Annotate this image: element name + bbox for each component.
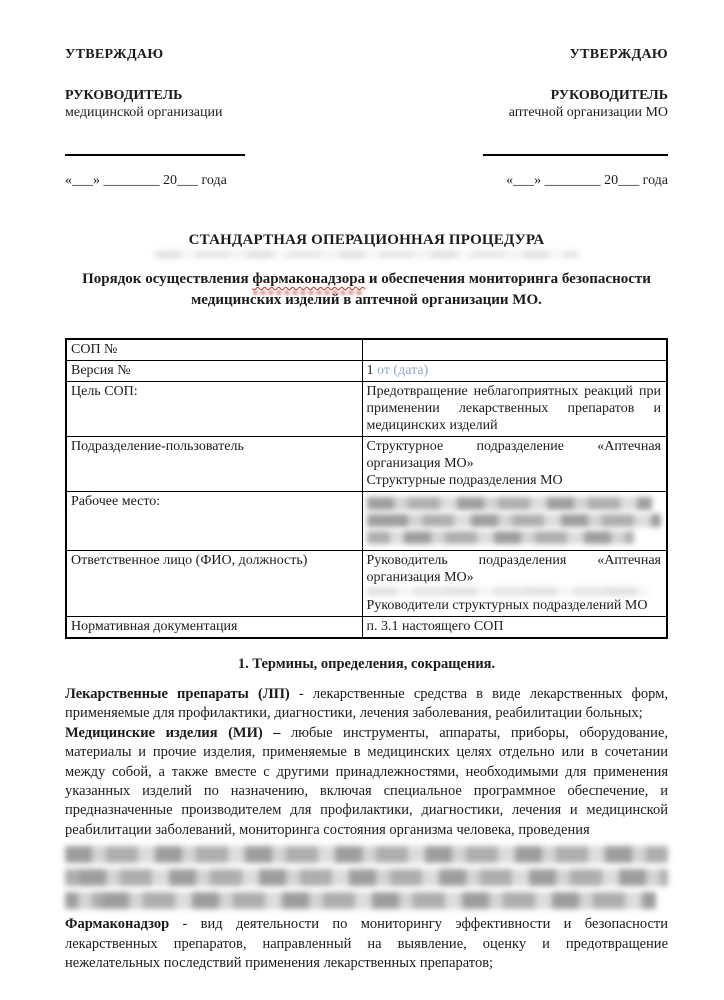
term-paragraph-mi: Медицинские изделия (МИ) – любые инструм… (65, 724, 668, 840)
table-row-goal: Цель СОП: Предотвращение неблагоприятных… (66, 382, 667, 437)
table-row-workplace: Рабочее место: (66, 492, 667, 551)
approval-block-right: УТВЕРЖДАЮ РУКОВОДИТЕЛЬ аптечной организа… (458, 46, 668, 189)
responsible-line2: Руководители структурных подразделений М… (367, 597, 662, 614)
department-label: Подразделение-пользователь (66, 437, 362, 492)
role-right: РУКОВОДИТЕЛЬ (458, 87, 668, 104)
approval-header: УТВЕРЖДАЮ РУКОВОДИТЕЛЬ медицинской орган… (65, 46, 668, 189)
table-row-department: Подразделение-пользователь Структурное п… (66, 437, 667, 492)
table-row-normative: Нормативная документация п. 3.1 настояще… (66, 617, 667, 639)
term-pharmaco: Фармаконадзор (65, 916, 169, 932)
signature-line-left (65, 154, 245, 156)
responsible-value: Руководитель подразделения «Аптечная орг… (362, 551, 667, 617)
document-subtitle: Порядок осуществления фармаконадзора и о… (78, 269, 656, 311)
approval-block-left: УТВЕРЖДАЮ РУКОВОДИТЕЛЬ медицинской орган… (65, 46, 275, 189)
redacted-line (65, 869, 668, 886)
goal-label: Цель СОП: (66, 382, 362, 437)
workplace-label: Рабочее место: (66, 492, 362, 551)
document-page: УТВЕРЖДАЮ РУКОВОДИТЕЛЬ медицинской орган… (0, 0, 724, 1000)
sop-number-value (362, 339, 667, 361)
subtitle-misspelled-word: фармаконадзора (252, 271, 365, 287)
section-heading-terms: 1. Термины, определения, сокращения. (65, 656, 668, 673)
redacted-line (367, 531, 635, 544)
department-line1: Структурное подразделение «Аптечная орга… (367, 438, 662, 472)
redacted-line (65, 892, 656, 909)
department-line2: Структурные подразделения МО (367, 472, 662, 489)
version-value: 1 от (дата) (362, 361, 667, 382)
version-date-placeholder: от (дата) (374, 363, 429, 378)
org-left: медицинской организации (65, 104, 275, 121)
normative-value: п. 3.1 настоящего СОП (362, 617, 667, 639)
approve-label-left: УТВЕРЖДАЮ (65, 46, 275, 63)
signature-line-right (483, 154, 668, 156)
role-left: РУКОВОДИТЕЛЬ (65, 87, 275, 104)
redacted-faint-line (367, 587, 650, 596)
normative-label: Нормативная документация (66, 617, 362, 639)
responsible-line1: Руководитель подразделения «Аптечная орг… (367, 552, 662, 586)
table-row-responsible: Ответственное лицо (ФИО, должность) Руко… (66, 551, 667, 617)
department-value: Структурное подразделение «Аптечная орга… (362, 437, 667, 492)
redacted-line (367, 514, 662, 527)
version-label: Версия № (66, 361, 362, 382)
version-number: 1 (367, 363, 374, 378)
date-line-right: «___» ________ 20___ года (458, 172, 668, 189)
subtitle-part1: Порядок осуществления (82, 271, 252, 287)
sop-number-label: СОП № (66, 339, 362, 361)
term-paragraph-lp: Лекарственные препараты (ЛП) - лекарстве… (65, 685, 668, 724)
org-right: аптечной организации МО (458, 104, 668, 121)
document-title: СТАНДАРТНАЯ ОПЕРАЦИОННАЯ ПРОЦЕДУРА (65, 232, 668, 249)
term-lp: Лекарственные препараты (ЛП) (65, 686, 290, 702)
redacted-line (367, 497, 653, 510)
responsible-label: Ответственное лицо (ФИО, должность) (66, 551, 362, 617)
table-row-sop-number: СОП № (66, 339, 667, 361)
workplace-value-redacted (362, 492, 667, 551)
definition-mi: любые инструменты, аппараты, приборы, об… (65, 725, 668, 838)
sop-details-table: СОП № Версия № 1 от (дата) Цель СОП: Пре… (65, 338, 668, 639)
date-line-left: «___» ________ 20___ года (65, 172, 275, 189)
table-row-version: Версия № 1 от (дата) (66, 361, 667, 382)
term-paragraph-pharmaco: Фармаконадзор - вид деятельности по мони… (65, 915, 668, 973)
redacted-subtitle-ghost (155, 251, 579, 258)
goal-value: Предотвращение неблагоприятных реакций п… (362, 382, 667, 437)
term-mi: Медицинские изделия (МИ) – (65, 725, 280, 741)
redacted-line (65, 846, 668, 863)
redacted-paragraph-block (65, 846, 668, 909)
approve-label-right: УТВЕРЖДАЮ (458, 46, 668, 63)
